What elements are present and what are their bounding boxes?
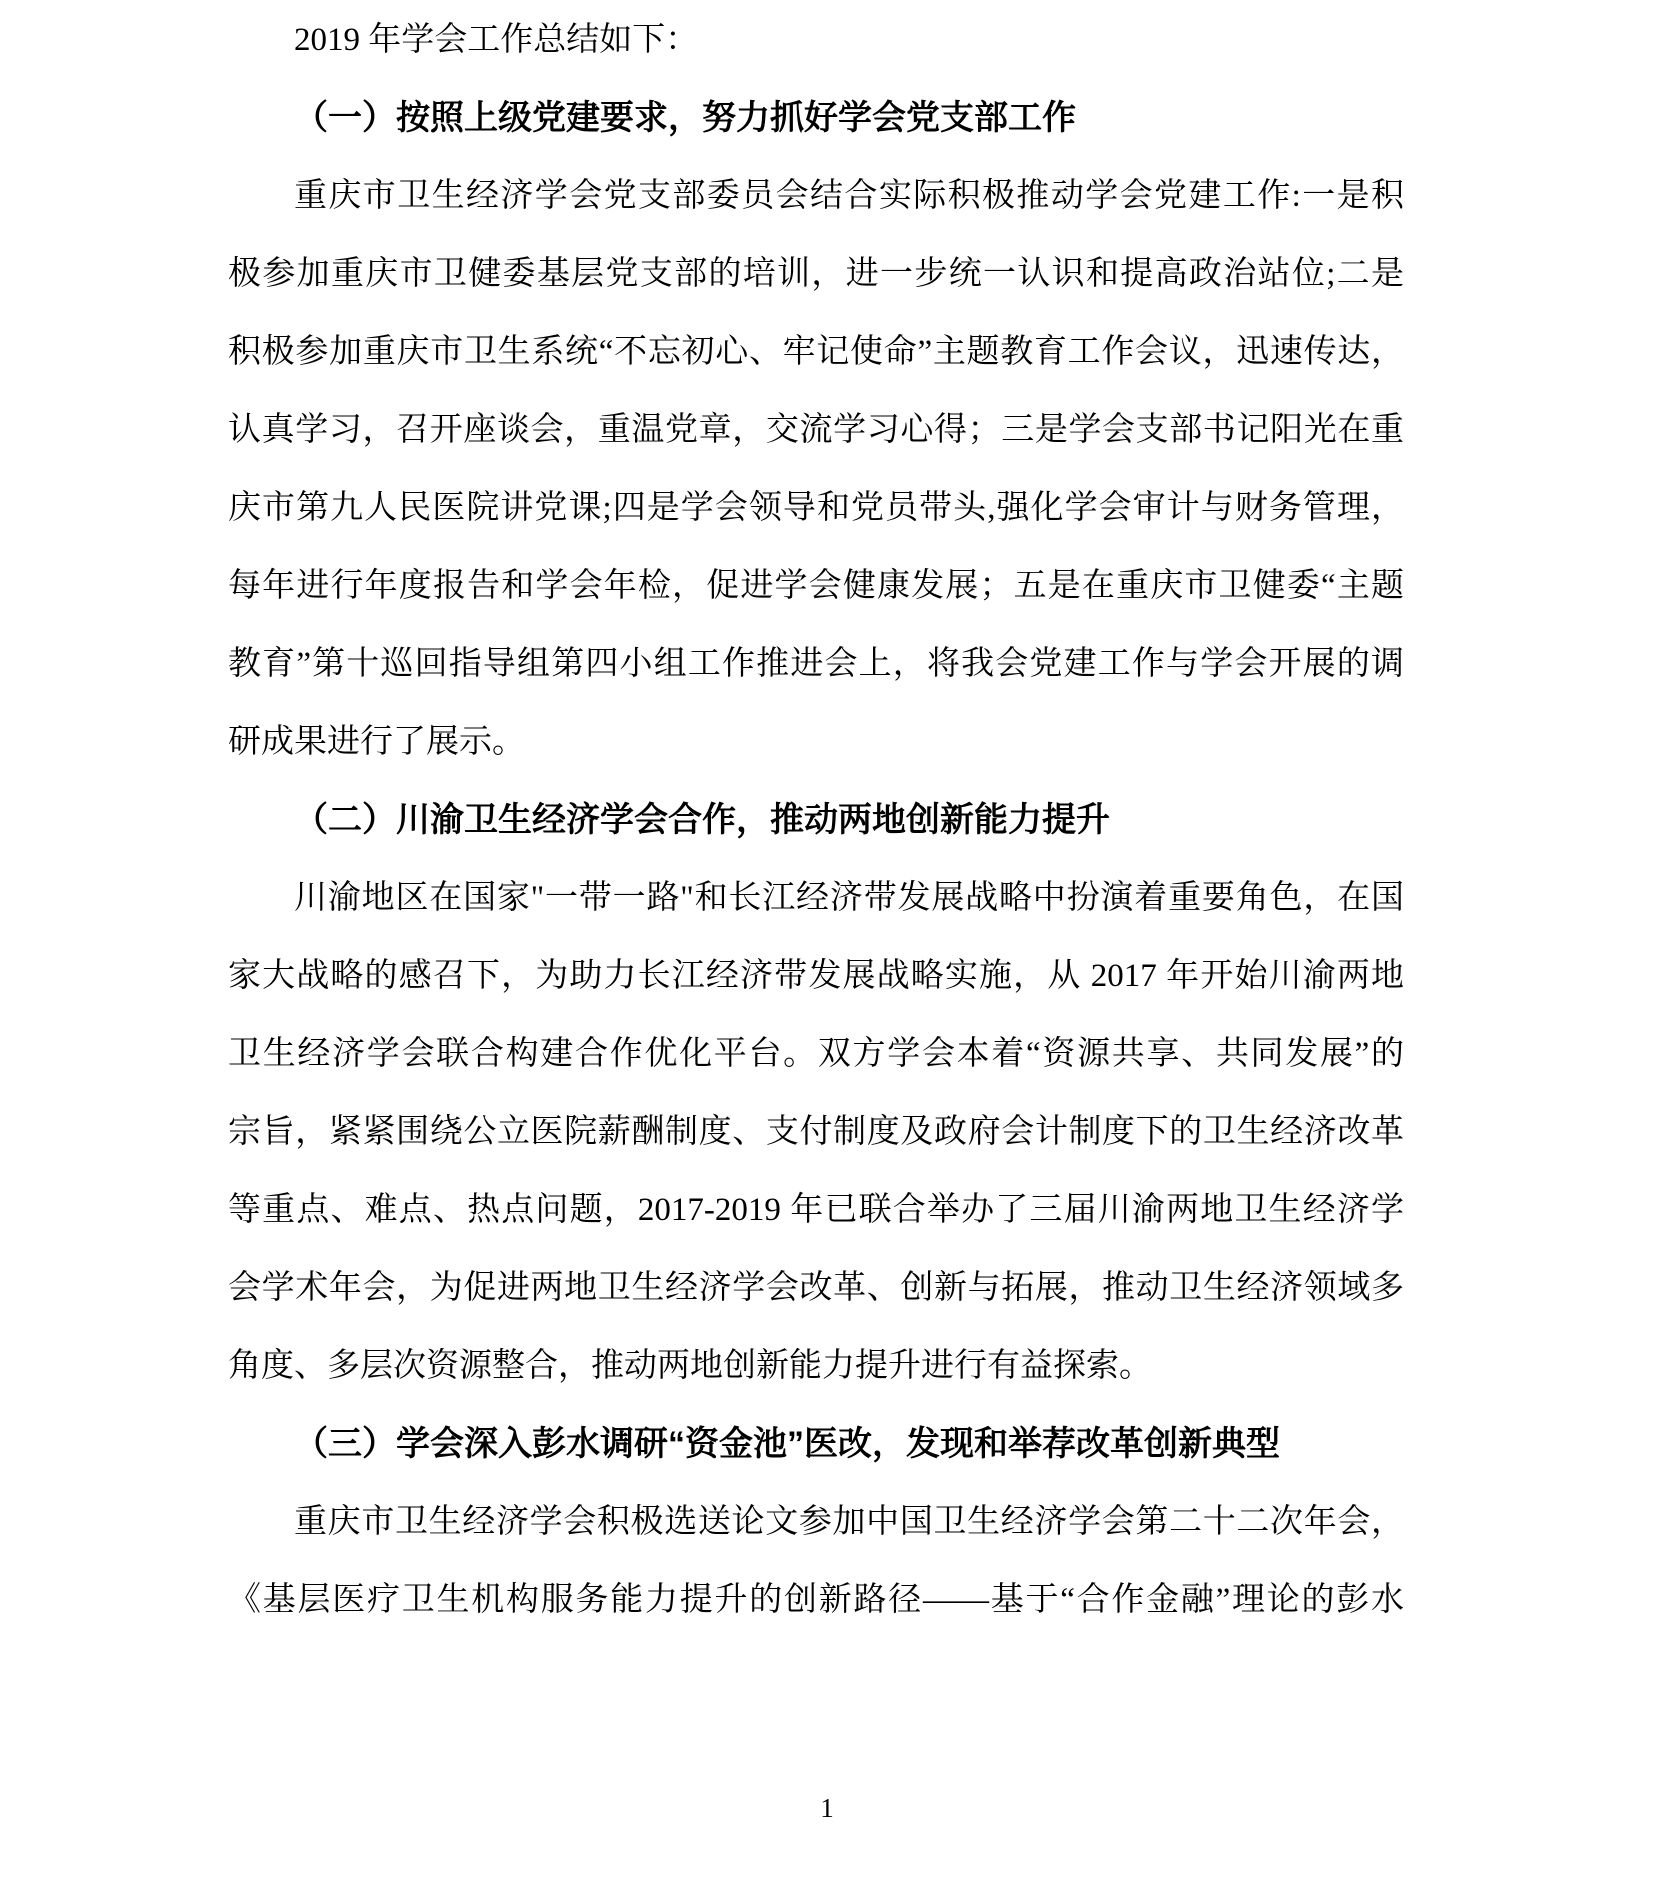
text-line: 卫生经济学会联合构建合作优化平台。双方学会本着“资源共享、共同发展”的 xyxy=(228,1015,1404,1093)
intro-line: 2019 年学会工作总结如下： xyxy=(228,1,1404,79)
text-line: 《基层医疗卫生机构服务能力提升的创新路径——基于“合作金融”理论的彭水 xyxy=(228,1561,1404,1639)
text-line: 等重点、难点、热点问题，2017-2019 年已联合举办了三届川渝两地卫生经济学 xyxy=(228,1171,1404,1249)
text-line: 川渝地区在国家"一带一路"和长江经济带发展战略中扮演着重要角色，在国 xyxy=(228,859,1404,937)
text-line: 研成果进行了展示。 xyxy=(228,703,1404,781)
document-body: 2019 年学会工作总结如下：（一）按照上级党建要求，努力抓好学会党支部工作重庆… xyxy=(228,1,1404,1639)
text-line: 教育”第十巡回指导组第四小组工作推进会上，将我会党建工作与学会开展的调 xyxy=(228,625,1404,703)
document-page: 2019 年学会工作总结如下：（一）按照上级党建要求，努力抓好学会党支部工作重庆… xyxy=(0,0,1654,1894)
section-heading: （三）学会深入彭水调研“资金池”医改，发现和举荐改革创新典型 xyxy=(228,1405,1404,1483)
text-line: 会学术年会，为促进两地卫生经济学会改革、创新与拓展，推动卫生经济领域多 xyxy=(228,1249,1404,1327)
page-number: 1 xyxy=(0,1769,1654,1847)
text-line: 每年进行年度报告和学会年检，促进学会健康发展；五是在重庆市卫健委“主题 xyxy=(228,547,1404,625)
text-line: 重庆市卫生经济学会积极选送论文参加中国卫生经济学会第二十二次年会， xyxy=(228,1483,1404,1561)
text-line: 极参加重庆市卫健委基层党支部的培训，进一步统一认识和提高政治站位;二是 xyxy=(228,235,1404,313)
text-line: 宗旨，紧紧围绕公立医院薪酬制度、支付制度及政府会计制度下的卫生经济改革 xyxy=(228,1093,1404,1171)
text-line: 认真学习，召开座谈会，重温党章，交流学习心得；三是学会支部书记阳光在重 xyxy=(228,391,1404,469)
section-heading: （一）按照上级党建要求，努力抓好学会党支部工作 xyxy=(228,79,1404,157)
text-line: 家大战略的感召下，为助力长江经济带发展战略实施，从 2017 年开始川渝两地 xyxy=(228,937,1404,1015)
text-line: 积极参加重庆市卫生系统“不忘初心、牢记使命”主题教育工作会议，迅速传达， xyxy=(228,313,1404,391)
text-line: 角度、多层次资源整合，推动两地创新能力提升进行有益探索。 xyxy=(228,1327,1404,1405)
text-line: 重庆市卫生经济学会党支部委员会结合实际积极推动学会党建工作:一是积 xyxy=(228,157,1404,235)
section-heading: （二）川渝卫生经济学会合作，推动两地创新能力提升 xyxy=(228,781,1404,859)
text-line: 庆市第九人民医院讲党课;四是学会领导和党员带头,强化学会审计与财务管理， xyxy=(228,469,1404,547)
